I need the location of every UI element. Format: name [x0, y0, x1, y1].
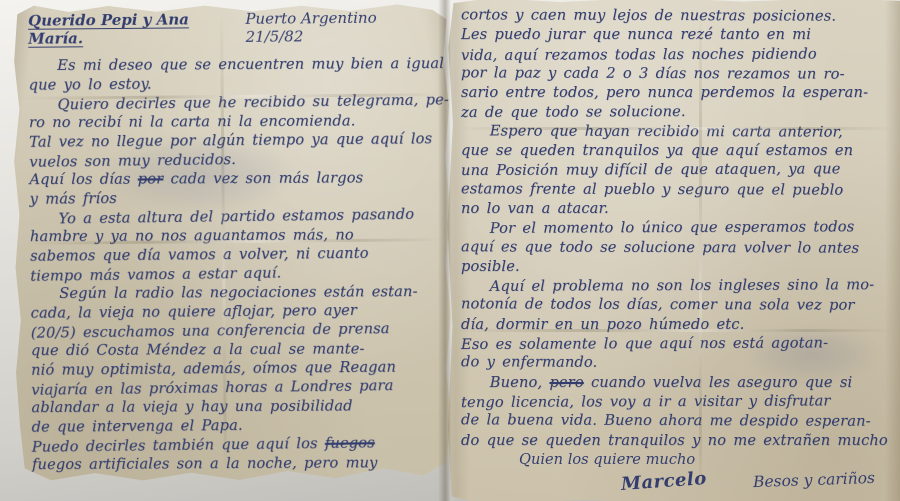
handwritten-line: ro no recibí ni la carta ni la encomiend… — [29, 111, 445, 132]
closing-farewell: Quien los quiere mucho — [461, 450, 900, 470]
handwritten-line: Bueno, pero cuando vuelva les aseguro qu… — [461, 373, 899, 392]
handwritten-line: do que se queden tranquilos y no me extr… — [461, 431, 899, 450]
handwritten-line: Eso es solamente lo que aquí nos está ag… — [461, 333, 899, 354]
handwritten-line: za de que todo se solucione. — [461, 102, 899, 123]
handwritten-line: una Posición muy difícil de que ataquen,… — [461, 159, 899, 180]
right-page-text: cortos y caen muy lejos de nuestras posi… — [447, 0, 900, 450]
left-page-text: Es mi deseo que se encuentren muy bien a… — [12, 46, 454, 475]
handwritten-line: no lo van a atacar. — [461, 199, 899, 218]
letter-page-right: cortos y caen muy lejos de nuestras posi… — [447, 0, 900, 501]
handwritten-line: fuegos artificiales son a la noche, pero… — [32, 453, 448, 474]
letter-photograph: Querido Pepi y Ana María. Puerto Argenti… — [0, 0, 900, 501]
handwritten-line: Les puedo jurar que nunca rezé tanto en … — [461, 25, 899, 44]
handwritten-line: Espero que hayan recibido mi carta anter… — [461, 121, 899, 142]
handwritten-line: aquí es que todo se solucione para volve… — [461, 237, 899, 258]
closing-postscript: Besos y cariños — [753, 469, 876, 491]
handwritten-line: Aquí el problema no son los ingleses sin… — [461, 275, 899, 296]
handwritten-line: Por el momento lo único que esperamos to… — [461, 217, 899, 238]
dateline: Puerto Argentino 21/5/82 — [245, 8, 440, 46]
handwritten-line: que se queden tranquilos ya que aquí est… — [461, 141, 899, 160]
letter-page-left: Querido Pepi y Ana María. Puerto Argenti… — [12, 0, 454, 483]
signature-row: Marcelo Besos y cariños — [461, 471, 900, 492]
handwritten-line: cortos y caen muy lejos de nuestras posi… — [461, 5, 899, 26]
handwritten-line: Según la radio las negociaciones están e… — [30, 282, 446, 303]
handwritten-line: do y enfermando. — [461, 353, 899, 374]
letter-header: Querido Pepi y Ana María. Puerto Argenti… — [12, 0, 450, 50]
handwritten-line: estamos frente al pueblo y seguro que el… — [461, 179, 899, 200]
handwritten-line: día, dormir en un pozo húmedo etc. — [461, 315, 899, 334]
letter-closing: Quien los quiere mucho Marcelo Besos y c… — [447, 450, 900, 492]
salutation: Querido Pepi y Ana María. — [28, 10, 246, 48]
handwritten-line: por la paz y cada 2 o 3 días nos rezamos… — [461, 63, 899, 84]
handwritten-line: Es mi deseo que se encuentren muy bien a… — [28, 54, 444, 75]
handwritten-line: ablandar a la vieja y hay una posibilida… — [31, 396, 447, 417]
handwritten-line: tengo licencia, los voy a ir a visitar y… — [461, 391, 899, 412]
handwritten-line: sario entre todos, pero nunca perdemos l… — [461, 83, 899, 102]
handwritten-line: que dió Costa Méndez a la cual se mante- — [31, 339, 447, 360]
handwritten-line: vida, aquí rezamos todas las noches pidi… — [461, 44, 899, 65]
handwritten-line: Aquí los días por cada vez son más largo… — [29, 168, 445, 189]
handwritten-line: posible. — [461, 257, 899, 276]
handwritten-line: de la buena vida. Bueno ahora me despido… — [461, 410, 899, 431]
handwritten-line: hambre y ya no nos aguantamos más, no — [30, 225, 446, 246]
handwritten-line: notonía de todos los días, comer una sol… — [461, 295, 899, 316]
signature: Marcelo — [620, 468, 707, 495]
